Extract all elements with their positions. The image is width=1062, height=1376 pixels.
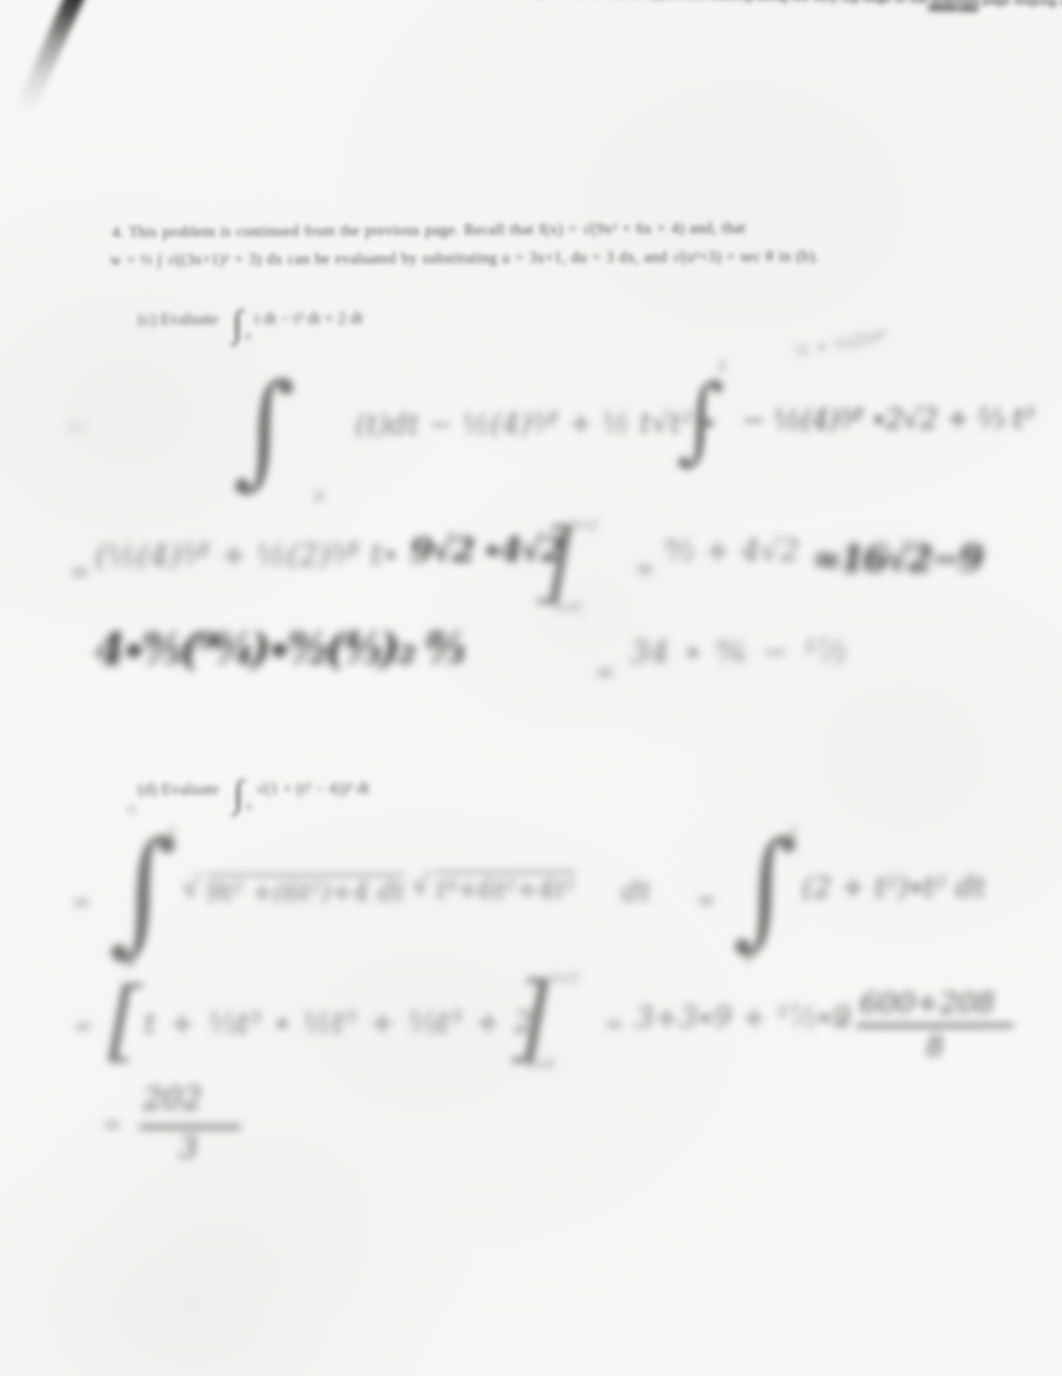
integral-upper-limit: 2 (717, 359, 726, 375)
radicand-expression: t⁴+6t²+4t² (436, 871, 575, 905)
integral-upper-limit: 3 (166, 824, 176, 842)
equals-sign: = (635, 555, 655, 583)
part-c-work-row-1: (c ∫ 0 (t)dt − ½(4)³⁄² + ½ t√t² ∙ ∫ 2 0 … (59, 357, 1055, 524)
fraction-denominator: 3 (179, 1131, 198, 1166)
dark-scribbled-answer: ≈16√2−9 (812, 538, 982, 581)
handwritten-expression: (2 + t²)∙t² dt (802, 870, 986, 905)
bracket-upper-limit: t=3 (552, 971, 578, 987)
problem-statement-line-2: w = ⅓ ∫ √((3x+1)² + 3) dx can be evaluat… (110, 248, 819, 270)
evaluation-bracket: ] (538, 510, 573, 613)
part-d-prompt: (d) Evaluate∫0 √(1 + (t² − 4))² dt (138, 771, 370, 816)
integral-sign: ∫ (231, 358, 297, 502)
cutoff-top-edge-dark-smudge: MWM MW (928, 1, 978, 16)
faint-margin-mark: (c (68, 413, 87, 437)
handwritten-expression: ⁹⁄₂ + 4√2 (665, 533, 800, 570)
radical-sign: √ (182, 870, 201, 905)
scanned-homework-page: illegible cut-off line of typed text run… (0, 0, 1062, 1376)
integral-upper-limit: 3 (788, 824, 798, 842)
handwritten-expression: (t)dt − ½(4)³⁄² + ½ t√t² ∙ (355, 405, 717, 442)
part-d-expression: √(1 + (t² − 4))² dt (256, 778, 370, 798)
handwritten-expression: t + ⅓t³ ∙ ½t⁵ + ⅓t³ + 2 (144, 1005, 533, 1041)
handwritten-expression: (½(4)³⁄² + ½(2)³⁄² t∙ (95, 537, 398, 575)
fraction-bar (856, 1023, 1014, 1027)
equals-sign: = (103, 1113, 121, 1138)
part-d-work-row-2: = [ t + ⅓t³ ∙ ½t⁵ + ⅓t³ + 2 ] t=3 t=0 = … (60, 973, 1060, 1101)
equals-sign: = (832, 1012, 851, 1037)
fraction-numerator: 202 (143, 1081, 202, 1117)
part-c-expression: t dt − t² dt + 2 dt (255, 308, 363, 328)
pen-streak-corner-mark (15, 0, 88, 116)
equals-sign: = (605, 1013, 624, 1038)
integral-lower-limit: 0 (246, 332, 251, 343)
part-d-work-row-1: = ∫ 3 0 √ 9t² +(6t²)+4 dt √ t⁴+6t²+4t² d… (60, 813, 1061, 994)
part-d-final-answer: = 202 3 (95, 1085, 375, 1195)
handwritten-expression: 34 ∙ ⁹⁄₆ − ¹⁷⁄₂ (630, 634, 847, 671)
radical-sign: √ (412, 867, 431, 902)
cutoff-top-edge-text: illegible cut-off line of typed text run… (518, 0, 1062, 8)
differential: dt (622, 875, 651, 908)
fraction-numerator: 600+208 (860, 985, 995, 1019)
part-c-work-row-3: 4∙⁹⁄₅(⁹⁶⁄₄)∙⁹⁄₂(⁴⁄₃)₂ ⁸⁄₃ = 34 ∙ ⁹⁄₆ − ¹… (95, 613, 986, 766)
open-bracket: [ (108, 968, 143, 1071)
part-c-label: (c) Evaluate (138, 309, 218, 328)
radicand-expression: 9t² +(6t²)+4 dt (206, 874, 405, 909)
superscript-annotation: ½ + ½(2)³⁄² (793, 327, 888, 361)
equals-sign: = (72, 891, 91, 916)
part-c-prompt: (c) Evaluate∫0 t dt − t² dt + 2 dt (138, 301, 363, 346)
integral-lower-limit: 0 (314, 488, 324, 506)
fraction-bar (139, 1125, 241, 1129)
handwritten-expression: 3+3∙9 + ¹⁷⁄₂∙9 (635, 1000, 851, 1036)
problem-statement-line-1: 4. This problem is continued from the pr… (112, 220, 746, 242)
integral-sign: ∫ (232, 303, 243, 345)
part-d-label: (d) Evaluate (138, 779, 219, 798)
equals-sign: = (595, 659, 615, 687)
equals-sign: = (696, 886, 716, 914)
equals-sign: = (70, 558, 90, 586)
bracket-lower-limit: t=0 (555, 600, 581, 616)
integral-lower-limit: 0 (744, 948, 754, 966)
bracket-upper-limit: t=2 (572, 518, 598, 534)
fraction-denominator: 8 (926, 1030, 944, 1063)
integral-sign: ∫ (233, 773, 244, 815)
bracket-lower-limit: t=0 (528, 1057, 554, 1073)
equals-sign: = (74, 1015, 93, 1040)
dense-handwriting-cluster: 4∙⁹⁄₅(⁹⁶⁄₄)∙⁹⁄₂(⁴⁄₃)₂ ⁸⁄₃ (95, 623, 463, 675)
handwritten-expression: − ½(4)³⁄² ∙2√2 + ⅔ t³ (742, 401, 1034, 437)
integral-lower-limit: 0 (247, 802, 252, 813)
integral-lower-limit: 0 (686, 457, 695, 473)
integral-sign: ∫ (675, 365, 725, 475)
